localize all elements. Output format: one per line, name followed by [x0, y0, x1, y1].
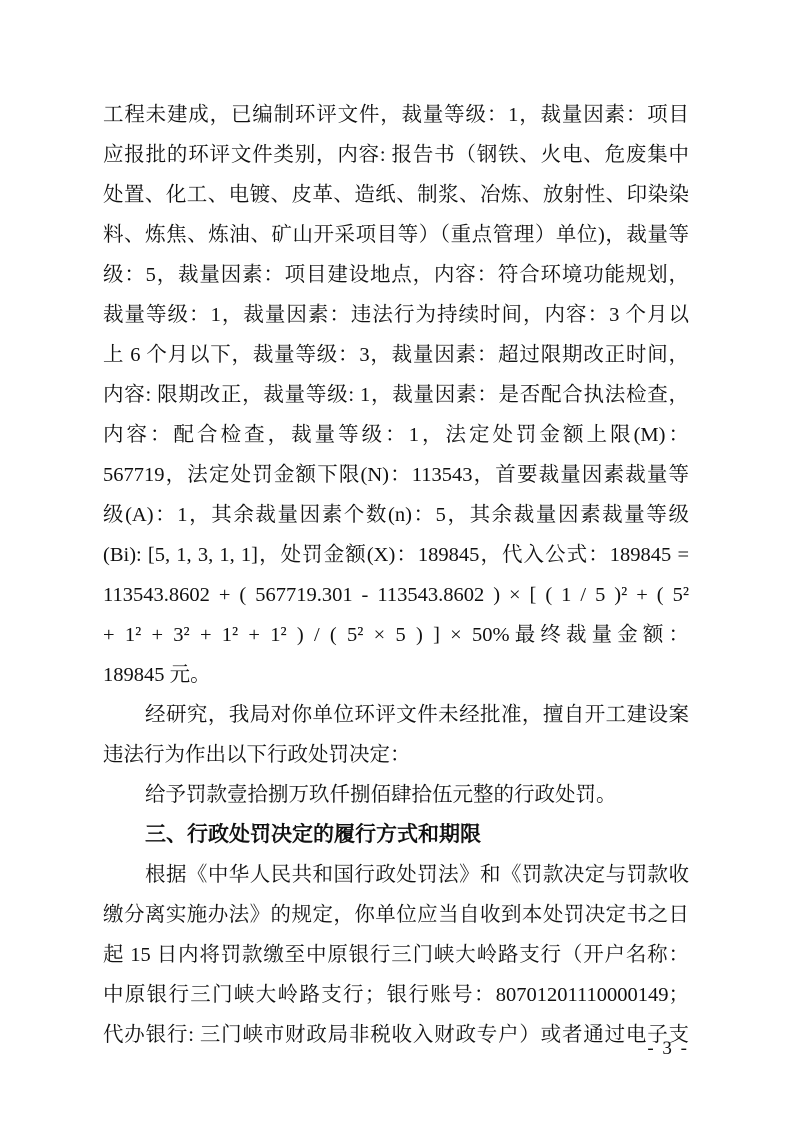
document-line: 料、炼焦、炼油、矿山开采项目等）（重点管理）单位)，裁量等: [103, 215, 689, 255]
document-line: 经研究，我局对你单位环评文件未经批准，擅自开工建设案: [103, 695, 689, 735]
page-number: - 3 -: [103, 1036, 689, 1062]
document-line: 裁量等级：1，裁量因素：违法行为持续时间，内容：3 个月以: [103, 295, 689, 335]
document-line: 189845 元。: [103, 655, 689, 695]
section-heading: 三、行政处罚决定的履行方式和期限: [103, 815, 689, 855]
document-line: 给予罚款壹拾捌万玖仟捌佰肆拾伍元整的行政处罚。: [103, 775, 689, 815]
document-page: 工程未建成，已编制环评文件，裁量等级：1，裁量因素：项目应报批的环评文件类别，内…: [0, 0, 793, 1122]
document-line: 内容：配合检查，裁量等级：1，法定处罚金额上限(M)：: [103, 415, 689, 455]
document-line: 违法行为作出以下行政处罚决定：: [103, 735, 689, 775]
document-line: + 1² + 3² + 1² + 1² ) / ( 5² × 5 ) ] × 5…: [103, 615, 689, 655]
document-body: 工程未建成，已编制环评文件，裁量等级：1，裁量因素：项目应报批的环评文件类别，内…: [103, 95, 689, 1055]
document-line: 级(A)：1，其余裁量因素个数(n)：5，其余裁量因素裁量等级: [103, 495, 689, 535]
document-line: 缴分离实施办法》的规定，你单位应当自收到本处罚决定书之日: [103, 895, 689, 935]
document-line: 工程未建成，已编制环评文件，裁量等级：1，裁量因素：项目: [103, 95, 689, 135]
document-line: 113543.8602 + ( 567719.301 - 113543.8602…: [103, 575, 689, 615]
document-line: 567719，法定处罚金额下限(N)：113543，首要裁量因素裁量等: [103, 455, 689, 495]
document-line: 中原银行三门峡大岭路支行；银行账号：80701201110000149；: [103, 975, 689, 1015]
document-line: 根据《中华人民共和国行政处罚法》和《罚款决定与罚款收: [103, 855, 689, 895]
document-line: 内容: 限期改正，裁量等级: 1，裁量因素：是否配合执法检查，: [103, 375, 689, 415]
document-line: 应报批的环评文件类别，内容: 报告书（钢铁、火电、危废集中: [103, 135, 689, 175]
document-line: 处置、化工、电镀、皮革、造纸、制浆、冶炼、放射性、印染染: [103, 175, 689, 215]
document-line: 级：5，裁量因素：项目建设地点，内容：符合环境功能规划，: [103, 255, 689, 295]
document-line: (Bi): [5, 1, 3, 1, 1]，处罚金额(X)：189845，代入公…: [103, 535, 689, 575]
document-line: 起 15 日内将罚款缴至中原银行三门峡大岭路支行（开户名称：: [103, 935, 689, 975]
document-line: 上 6 个月以下，裁量等级：3，裁量因素：超过限期改正时间，: [103, 335, 689, 375]
